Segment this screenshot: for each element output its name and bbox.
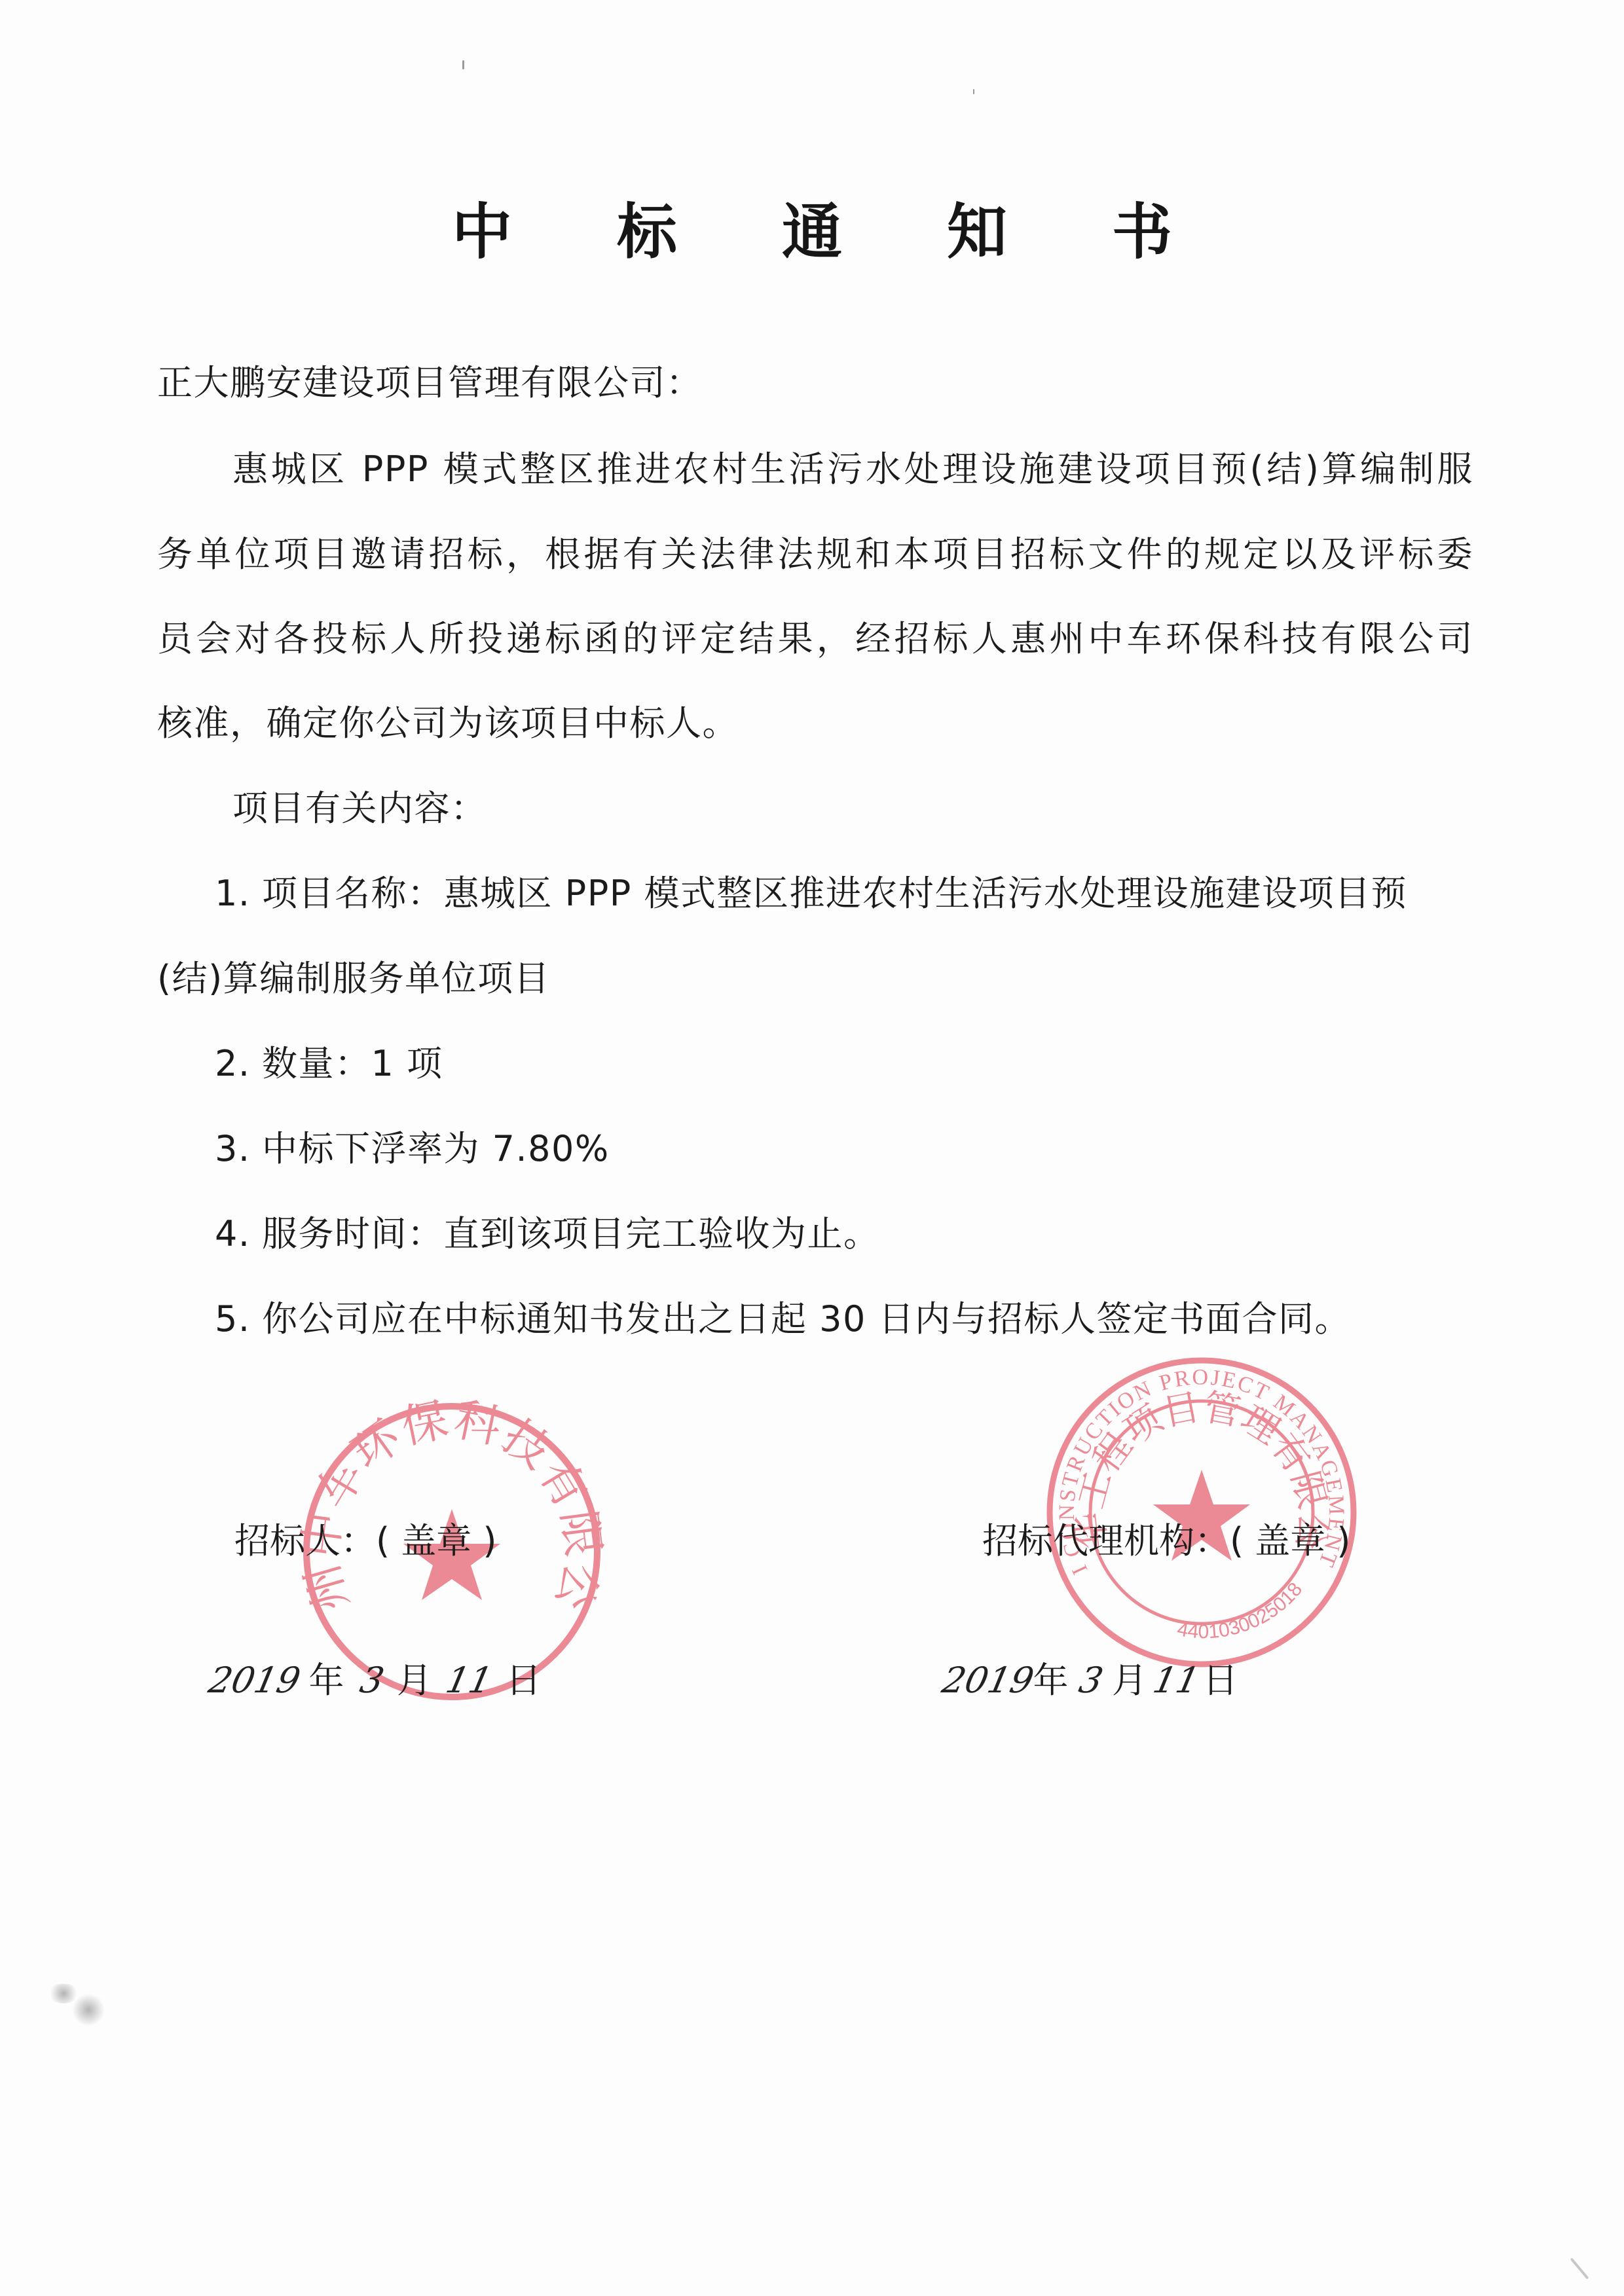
month-label: 月	[397, 1660, 432, 1701]
list-item-1: 1.项目名称：惠城区 PPP 模式整区推进农村生活污水处理设施建设项目预	[215, 873, 1473, 915]
agency-stamp: ZHUAHUI CONSTRUCTION PROJECT MANAGEMENT …	[1041, 1352, 1362, 1673]
year-label: 年	[1033, 1660, 1068, 1701]
scan-smudge	[72, 1994, 105, 2026]
handwritten-day: 11	[442, 1660, 496, 1702]
item-text: 中标下浮率为 7.80%	[262, 1128, 610, 1169]
scan-speck	[462, 60, 464, 69]
section-heading: 项目有关内容：	[232, 788, 487, 829]
list-item-5: 5.你公司应在中标通知书发出之日起 30 日内与招标人签定书面合同。	[215, 1298, 1351, 1340]
month-label: 月	[1112, 1660, 1147, 1701]
svg-text:4401030025018: 4401030025018	[1175, 1578, 1306, 1643]
stamp-arc-text: 惠州中车环保科技有限公司	[288, 1388, 611, 1617]
handwritten-year: 2019	[938, 1660, 1037, 1702]
item-number: 3.	[215, 1128, 262, 1170]
agency-date: 2019年3月11日	[943, 1660, 1238, 1702]
day-label: 日	[1203, 1660, 1238, 1701]
body-line-1: 惠城区 PPP 模式整区推进农村生活污水处理设施建设项目预(结)算编制服	[232, 448, 1473, 490]
handwritten-year: 2019	[205, 1660, 304, 1702]
list-item-4: 4.服务时间：直到该项目完工验收为止。	[215, 1213, 880, 1255]
document-page: 中 标 通 知 书 正大鹏安建设项目管理有限公司： 惠城区 PPP 模式整区推进…	[0, 0, 1624, 2296]
page-title: 中 标 通 知 书	[0, 196, 1624, 268]
company-seal-icon: ZHUAHUI CONSTRUCTION PROJECT MANAGEMENT …	[1041, 1352, 1362, 1673]
tenderer-signature-label: 招标人：( 盖章 )	[234, 1520, 496, 1562]
year-label: 年	[308, 1660, 344, 1701]
svg-text:惠州中车环保科技有限公司: 惠州中车环保科技有限公司	[288, 1388, 611, 1617]
stamp-serial: 4401030025018	[1175, 1578, 1306, 1643]
item-number: 5.	[215, 1298, 262, 1340]
body-line-4: 核准，确定你公司为该项目中标人。	[157, 702, 739, 744]
item-text: 你公司应在中标通知书发出之日起 30 日内与招标人签定书面合同。	[262, 1298, 1351, 1339]
body-line-2: 务单位项目邀请招标，根据有关法律法规和本项目招标文件的规定以及评标委	[157, 534, 1473, 575]
list-item-1-continuation: (结)算编制服务单位项目	[157, 958, 550, 1000]
item-text: 项目名称：惠城区 PPP 模式整区推进农村生活污水处理设施建设项目预	[262, 873, 1407, 914]
agency-signature-label: 招标代理机构：( 盖章 )	[982, 1520, 1350, 1562]
item-text: 服务时间：直到该项目完工验收为止。	[262, 1213, 880, 1254]
item-number: 4.	[215, 1213, 262, 1255]
list-item-3: 3.中标下浮率为 7.80%	[215, 1128, 610, 1170]
scan-speck	[1570, 2257, 1589, 2279]
body-line-3: 员会对各投标人所投递标函的评定结果，经招标人惠州中车环保科技有限公司	[157, 618, 1473, 660]
item-text: 数量：1 项	[262, 1043, 443, 1084]
handwritten-day: 11	[1149, 1660, 1203, 1702]
item-number: 1.	[215, 873, 262, 915]
item-number: 2.	[215, 1043, 262, 1085]
tenderer-date: 2019年3月11日	[210, 1660, 542, 1702]
addressee: 正大鹏安建设项目管理有限公司：	[157, 362, 703, 404]
handwritten-month: 3	[357, 1660, 388, 1702]
list-item-2: 2.数量：1 项	[215, 1043, 443, 1085]
day-label: 日	[506, 1660, 542, 1701]
scan-speck	[973, 89, 974, 94]
handwritten-month: 3	[1076, 1660, 1107, 1702]
